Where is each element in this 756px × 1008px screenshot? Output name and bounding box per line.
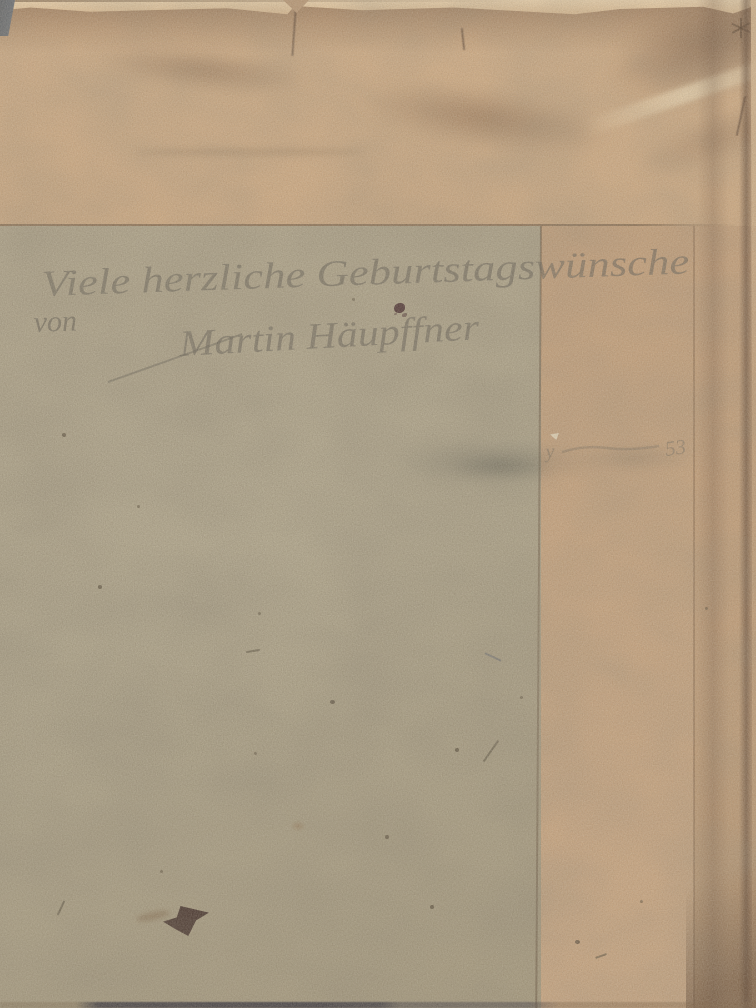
- speck: [258, 612, 261, 615]
- speck: [705, 607, 708, 610]
- bottom-right-corner-shadow: [686, 820, 756, 1008]
- brown-stain: [290, 820, 306, 832]
- speck: [98, 585, 102, 589]
- speck: [385, 835, 389, 839]
- speck: [352, 298, 355, 301]
- speck: [137, 505, 140, 508]
- bottom-frame-edge: [0, 1002, 756, 1008]
- speck: [575, 940, 580, 944]
- faint-pencil-smear: [135, 148, 365, 156]
- speck: [160, 870, 163, 873]
- speck: [640, 900, 643, 903]
- graphite-smudge: [560, 438, 710, 478]
- panel-top-edge-line: [0, 224, 738, 226]
- top-edge-hairline: [0, 0, 520, 2]
- framed-picture-back-photo: Viele herzliche Geburtstagswünsche von M…: [0, 0, 756, 1008]
- speck: [520, 696, 523, 699]
- speck: [62, 433, 66, 437]
- right-edge-highlight: [751, 0, 756, 420]
- speck: [455, 748, 459, 752]
- right-tape-strip: [541, 226, 694, 1008]
- graphite-smudge: [430, 450, 570, 484]
- speck: [430, 905, 434, 909]
- speck: [254, 752, 257, 755]
- speck: [330, 700, 335, 704]
- cardboard-backing-panel: [0, 226, 541, 1008]
